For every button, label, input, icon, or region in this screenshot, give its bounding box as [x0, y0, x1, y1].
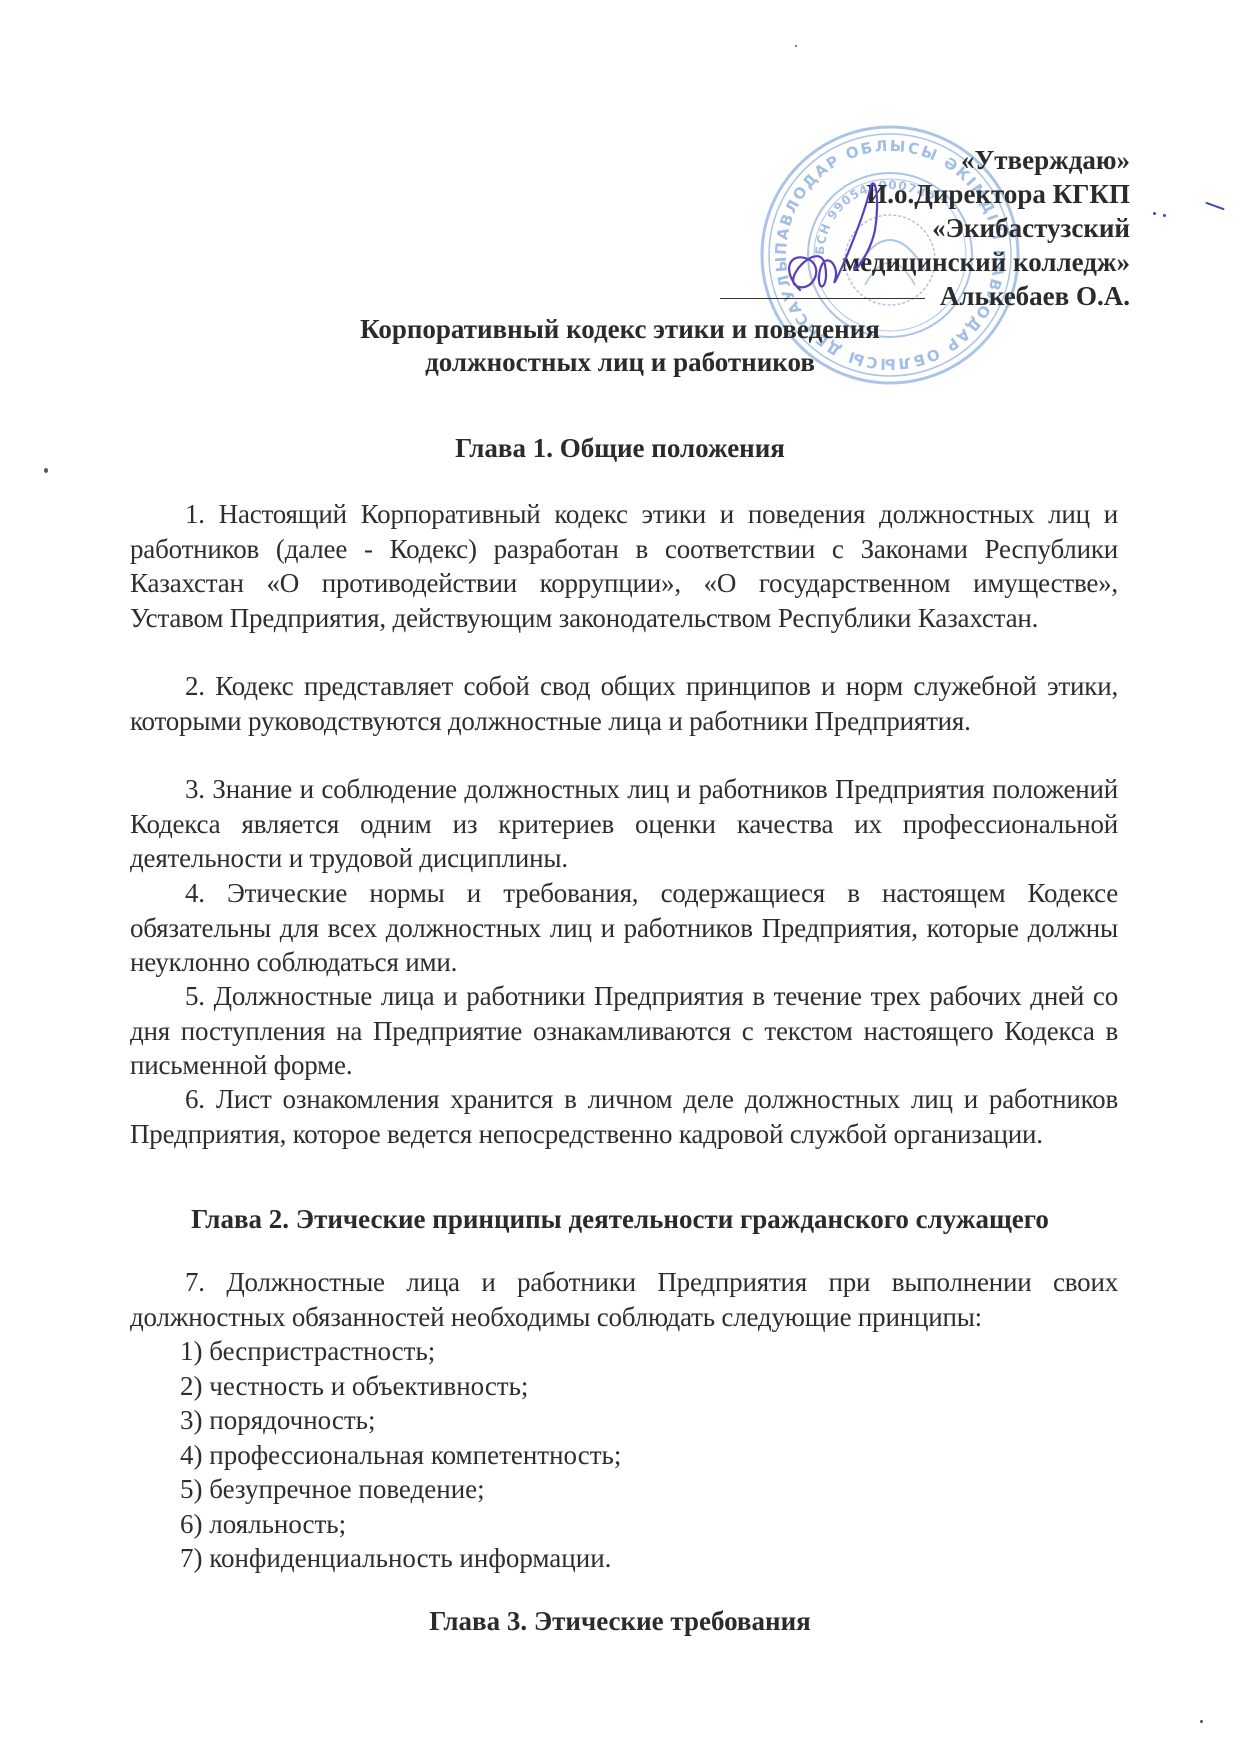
principle-item: 5) безупречное поведение;	[180, 1472, 621, 1507]
approval-line-4: медицинский колледж»	[710, 245, 1130, 279]
paragraph-6-text: 6. Лист ознакомления хранится в личном д…	[130, 1084, 1118, 1149]
approval-line-3: «Экибастузский	[710, 211, 1130, 245]
paragraph-4: 4. Этические нормы и требования, содержа…	[130, 876, 1118, 980]
principle-item: 2) честность и объективность;	[180, 1369, 621, 1404]
scan-mark	[1205, 202, 1224, 211]
paragraph-2-text: 2. Кодекс представляет собой свод общих …	[130, 671, 1118, 736]
scan-speck	[1163, 214, 1166, 217]
paragraph-2: 2. Кодекс представляет собой свод общих …	[130, 669, 1118, 738]
paragraph-4-text: 4. Этические нормы и требования, содержа…	[130, 878, 1118, 977]
scan-speck	[44, 468, 48, 473]
principle-item: 4) профессиональная компетентность;	[180, 1438, 621, 1473]
paragraph-1-text: 1. Настоящий Корпоративный кодекс этики …	[130, 499, 1118, 633]
scan-speck	[795, 45, 797, 47]
principle-item: 3) порядочность;	[180, 1403, 621, 1438]
paragraph-7: 7. Должностные лица и работники Предприя…	[130, 1265, 1118, 1334]
approval-signatory: Алькебаев О.А.	[710, 279, 1130, 313]
signature-icon	[780, 170, 900, 300]
paragraph-5-text: 5. Должностные лица и работники Предприя…	[130, 981, 1118, 1080]
title-line-1: Корпоративный кодекс этики и поведения	[0, 313, 1240, 346]
chapter-1-heading: Глава 1. Общие положения	[0, 433, 1240, 464]
chapter-2-heading: Глава 2. Этические принципы деятельности…	[0, 1204, 1240, 1235]
principle-item: 6) лояльность;	[180, 1507, 621, 1542]
document-page: ПАВЛОДАР ОБЛЫСЫ ӘКІМДІГІ ПАВЛОДАР ОБЛЫСЫ…	[0, 0, 1240, 1755]
title-line-2: должностных лиц и работников	[0, 346, 1240, 379]
approval-line-1: «Утверждаю»	[710, 143, 1130, 177]
paragraph-3: 3. Знание и соблюдение должностных лиц и…	[130, 772, 1118, 876]
principles-list: 1) беспристрастность; 2) честность и объ…	[180, 1334, 621, 1576]
chapter-3-heading: Глава 3. Этические требования	[0, 1606, 1240, 1637]
paragraph-1: 1. Настоящий Корпоративный кодекс этики …	[130, 497, 1118, 635]
principle-item: 7) конфиденциальность информации.	[180, 1541, 621, 1576]
document-title: Корпоративный кодекс этики и поведения д…	[0, 313, 1240, 379]
principle-item: 1) беспристрастность;	[180, 1334, 621, 1369]
paragraph-7-text: 7. Должностные лица и работники Предприя…	[130, 1267, 1118, 1332]
scan-speck	[1200, 1720, 1203, 1723]
paragraph-3-text: 3. Знание и соблюдение должностных лиц и…	[130, 774, 1118, 873]
approval-block: «Утверждаю» И.о.Директора КГКП «Экибасту…	[710, 143, 1130, 313]
approval-line-2: И.о.Директора КГКП	[710, 177, 1130, 211]
paragraph-6: 6. Лист ознакомления хранится в личном д…	[130, 1082, 1118, 1151]
scan-speck	[1153, 212, 1156, 215]
paragraph-5: 5. Должностные лица и работники Предприя…	[130, 979, 1118, 1083]
